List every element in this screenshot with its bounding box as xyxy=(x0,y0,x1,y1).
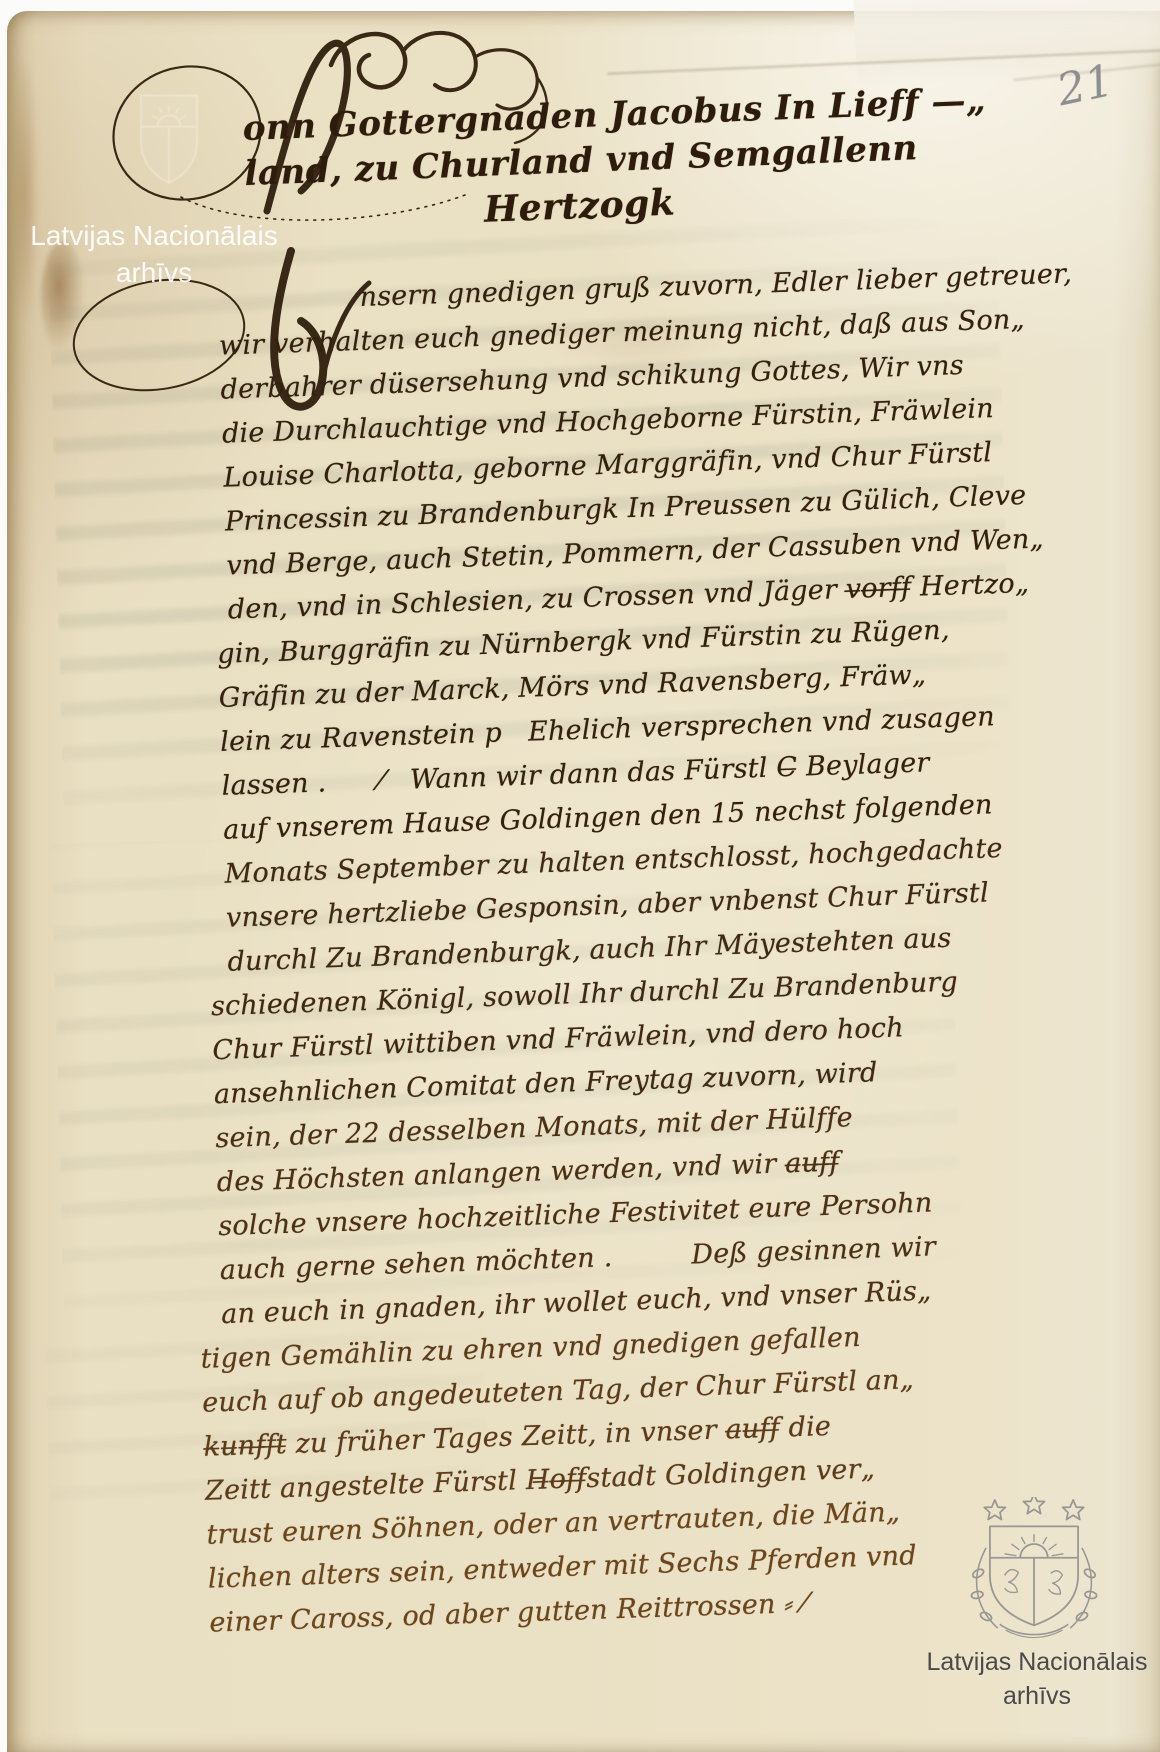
watermark-text-line: Latvijas Nacionālais xyxy=(907,1645,1160,1679)
archives-coat-of-arms-icon xyxy=(970,1497,1098,1639)
watermark-text-line: arhīvs xyxy=(25,254,283,291)
manuscript-page: onn Gottergnaden Jacobus In Lieff —„ lan… xyxy=(7,11,1160,1752)
watermark-text: Latvijas Nacionālais arhīvs xyxy=(907,1645,1160,1713)
watermark-text-line: arhīvs xyxy=(907,1679,1160,1713)
archives-shield-watermark-icon xyxy=(136,89,202,191)
watermark-text: Latvijas Nacionālais arhīvs xyxy=(25,217,283,291)
document-heading: onn Gottergnaden Jacobus In Lieff —„ lan… xyxy=(242,79,967,242)
watermark-text-line: Latvijas Nacionālais xyxy=(25,217,283,254)
letter-body: nsern gnedigen gruß zuvorn, Edler lieber… xyxy=(147,253,1092,1646)
